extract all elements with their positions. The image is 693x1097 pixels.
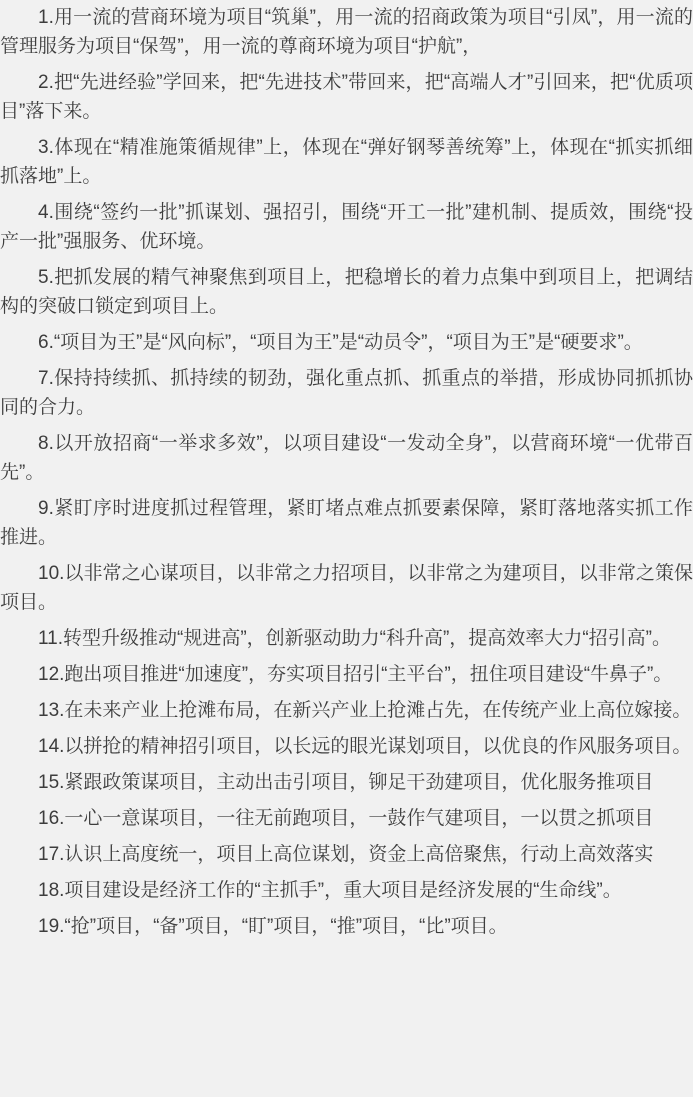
- paragraph-19: 19.“抢”项目，“备”项目，“盯”项目，“推”项目，“比”项目。: [0, 912, 693, 941]
- paragraph-2: 2.把“先进经验”学回来，把“先进技术”带回来，把“高端人才”引回来，把“优质项…: [0, 68, 693, 126]
- paragraph-14: 14.以拼抢的精神招引项目，以长远的眼光谋划项目，以优良的作风服务项目。: [0, 732, 693, 761]
- paragraph-12: 12.跑出项目推进“加速度”，夯实项目招引“主平台”，扭住项目建设“牛鼻子”。: [0, 660, 693, 689]
- paragraph-7: 7.保持持续抓、抓持续的韧劲，强化重点抓、抓重点的举措，形成协同抓抓协同的合力。: [0, 364, 693, 422]
- paragraph-9: 9.紧盯序时进度抓过程管理，紧盯堵点难点抓要素保障，紧盯落地落实抓工作推进。: [0, 494, 693, 552]
- paragraph-11: 11.转型升级推动“规进高”，创新驱动助力“科升高”，提高效率大力“招引高”。: [0, 624, 693, 653]
- paragraph-4: 4.围绕“签约一批”抓谋划、强招引，围绕“开工一批”建机制、提质效，围绕“投产一…: [0, 198, 693, 256]
- paragraph-8: 8.以开放招商“一举求多效”，以项目建设“一发动全身”，以营商环境“一优带百先”…: [0, 429, 693, 487]
- document-body: 1.用一流的营商环境为项目“筑巢”，用一流的招商政策为项目“引凤”，用一流的管理…: [0, 3, 693, 941]
- paragraph-15: 15.紧跟政策谋项目，主动出击引项目，铆足干劲建项目，优化服务推项目: [0, 768, 693, 797]
- paragraph-17: 17.认识上高度统一，项目上高位谋划，资金上高倍聚焦，行动上高效落实: [0, 840, 693, 869]
- paragraph-5: 5.把抓发展的精气神聚焦到项目上，把稳增长的着力点集中到项目上，把调结构的突破口…: [0, 263, 693, 321]
- paragraph-3: 3.体现在“精准施策循规律”上，体现在“弹好钢琴善统筹”上，体现在“抓实抓细抓落…: [0, 133, 693, 191]
- paragraph-1: 1.用一流的营商环境为项目“筑巢”，用一流的招商政策为项目“引凤”，用一流的管理…: [0, 3, 693, 61]
- paragraph-13: 13.在未来产业上抢滩布局，在新兴产业上抢滩占先，在传统产业上高位嫁接。: [0, 696, 693, 725]
- paragraph-10: 10.以非常之心谋项目，以非常之力招项目，以非常之为建项目，以非常之策保项目。: [0, 559, 693, 617]
- paragraph-18: 18.项目建设是经济工作的“主抓手”，重大项目是经济发展的“生命线”。: [0, 876, 693, 905]
- paragraph-6: 6.“项目为王”是“风向标”，“项目为王”是“动员令”，“项目为王”是“硬要求”…: [0, 328, 693, 357]
- paragraph-16: 16.一心一意谋项目，一往无前跑项目，一鼓作气建项目，一以贯之抓项目: [0, 804, 693, 833]
